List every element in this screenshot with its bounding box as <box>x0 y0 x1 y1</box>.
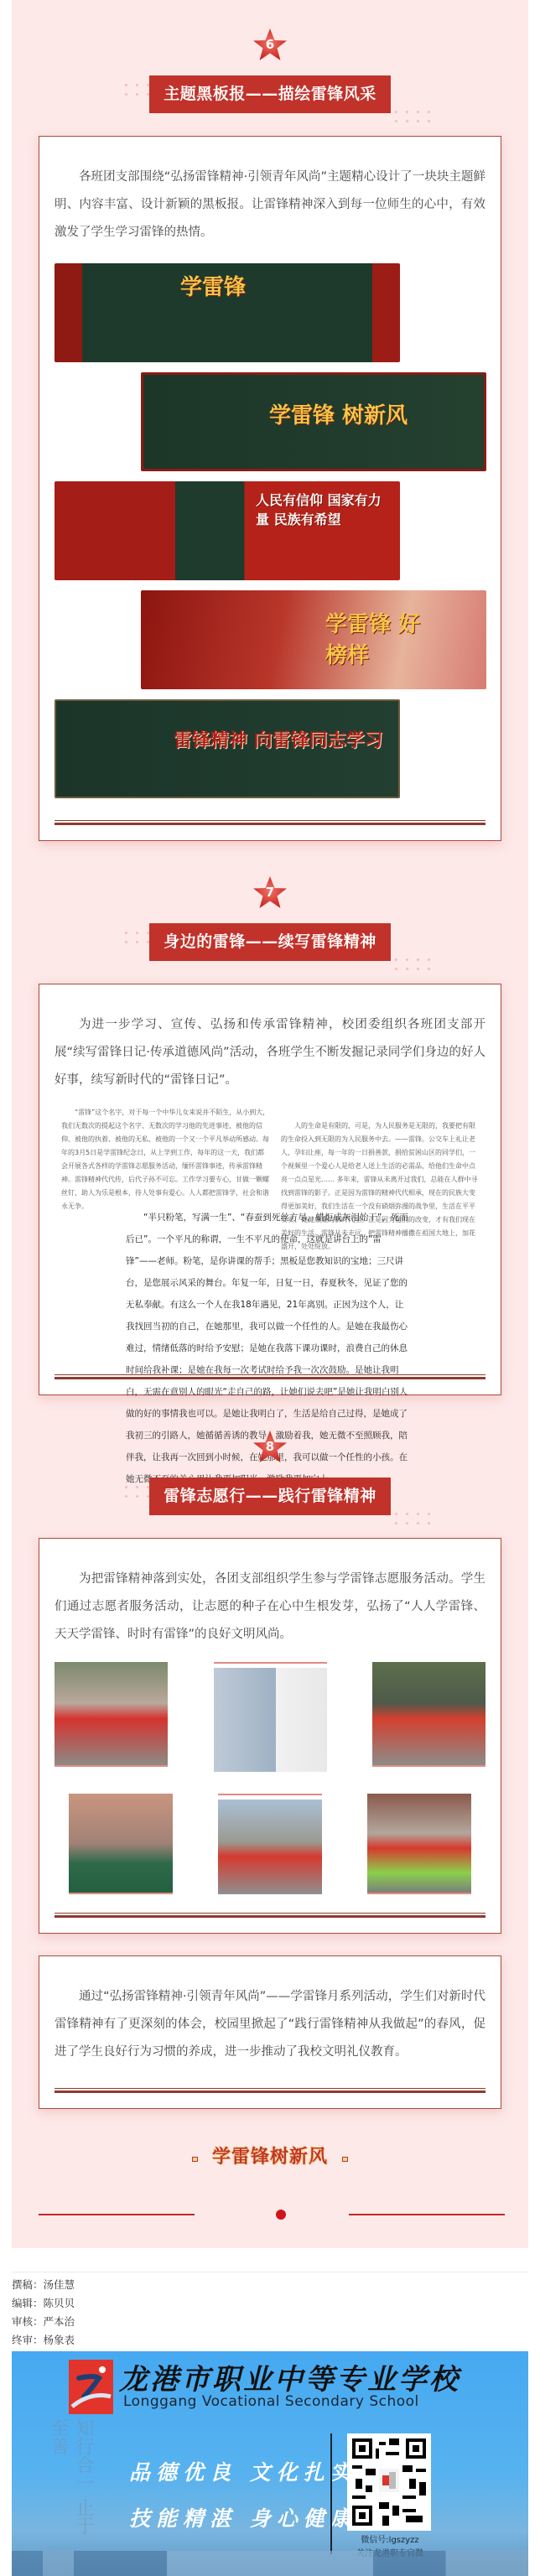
credit-label: 编辑： <box>12 2297 44 2309</box>
blackboard-image: 学雷锋 树新风 <box>141 372 486 471</box>
image-caption: 学雷锋 <box>180 270 246 301</box>
divider-line <box>349 2214 505 2215</box>
section-paragraph: 为把雷锋精神落到实处，各团支部组织学生参与学雷锋志愿服务活动。学生们通过志愿者服… <box>55 1566 485 1649</box>
blackboard-image: 人民有信仰 国家有力量 民族有希望 <box>55 481 400 580</box>
credit-label: 撰稿： <box>12 2278 44 2291</box>
double-rule-divider <box>55 820 485 825</box>
divider-line <box>39 2214 195 2215</box>
volunteer-photo <box>367 1794 471 1894</box>
square-bullet-icon <box>192 2157 198 2162</box>
blackboard-image: 学雷锋 <box>55 263 400 362</box>
section-title: 主题黑板报——描绘雷锋风采 <box>149 75 391 113</box>
image-caption: 雷锋精神 向雷锋同志学习 <box>174 726 383 752</box>
slogan-text: 学雷锋树新风 <box>212 2142 328 2168</box>
section-6-card: 各班团支部围绕“弘扬雷锋精神·引领青年风尚”主题精心设计了一块块主题鲜明、内容丰… <box>39 136 501 841</box>
credit-name: 汤佳慧 <box>44 2278 75 2291</box>
credit-line: 终审：杨象表 <box>12 2331 528 2350</box>
diary-image: “雷锋”这个名字，对于每一个中华儿女来说并不陌生，从小到大，我们无数次的提起这个… <box>55 1106 485 1358</box>
credit-name: 陈贝贝 <box>44 2297 75 2309</box>
section-number: 8 <box>252 1439 288 1454</box>
section-title: 雷锋志愿行——践行雷锋精神 <box>149 1478 391 1515</box>
content-panel: 6 主题黑板报——描绘雷锋风采 各班团支部围绕“弘扬雷锋精神·引领青年风尚”主题… <box>12 0 528 2248</box>
volunteer-photo <box>372 1662 485 1767</box>
volunteer-photo <box>214 1662 327 1772</box>
credit-name: 严本治 <box>44 2315 75 2328</box>
school-banner: 龙港市职业中等专业学校 Longgang Vocational Secondar… <box>12 2351 528 2576</box>
image-caption: 学雷锋 树新风 <box>269 398 408 429</box>
double-rule-divider <box>55 2088 485 2093</box>
section-paragraph: 为进一步学习、宣传、弘扬和传承雷锋精神，校团委组织各班团支部开展“续写雷锋日记·… <box>55 1011 485 1094</box>
section-7-card: 为进一步学习、宣传、弘扬和传承雷锋精神，校团委组织各班团支部开展“续写雷锋日记·… <box>39 984 501 1395</box>
divider-dot <box>276 2210 286 2220</box>
section-number: 6 <box>252 37 288 52</box>
credit-line: 编辑：陈贝贝 <box>12 2294 528 2313</box>
blackboard-image: 学雷锋 好榜样 <box>141 590 486 689</box>
credit-line: 审核：严本治 <box>12 2313 528 2331</box>
star-icon: 6 <box>252 27 288 64</box>
photo-row <box>55 1662 485 1772</box>
summary-paragraph: 通过“弘扬雷锋精神·引领青年风尚”——学雷锋月系列活动，学生们对新时代雷锋精神有… <box>55 1983 485 2066</box>
closing-slogan: 学雷锋树新风 <box>12 2142 528 2168</box>
wechat-id: 微信号:lgszyzz <box>347 2534 433 2547</box>
credit-line: 撰稿：汤佳慧 <box>12 2276 528 2294</box>
article-page: 6 主题黑板报——描绘雷锋风采 各班团支部围绕“弘扬雷锋精神·引领青年风尚”主题… <box>0 0 540 2576</box>
section-8-card: 为把雷锋精神落到实处，各团支部组织学生参与学雷锋志愿服务活动。学生们通过志愿者服… <box>39 1538 501 1934</box>
star-icon: 7 <box>252 875 288 911</box>
section-7-header: 7 身边的雷锋——续写雷锋精神 <box>12 871 528 963</box>
school-name-en: Longgang Vocational Secondary School <box>123 2393 419 2410</box>
blackboard-image: 雷锋精神 向雷锋同志学习 <box>55 699 400 798</box>
star-icon: 8 <box>252 1429 288 1466</box>
image-caption: 人民有信仰 国家有力量 民族有希望 <box>256 490 382 528</box>
campus-buildings-image <box>12 2551 528 2576</box>
dot-line-divider <box>12 2198 528 2231</box>
volunteer-photo <box>55 1662 168 1767</box>
section-6-header: 6 主题黑板报——描绘雷锋风采 <box>12 23 528 116</box>
school-logo-icon <box>69 2360 113 2414</box>
school-name-cn: 龙港市职业中等专业学校 <box>119 2356 460 2397</box>
image-caption: 学雷锋 好榜样 <box>325 607 434 669</box>
credit-label: 终审： <box>12 2334 44 2346</box>
decorative-dots <box>391 955 434 974</box>
credit-name: 杨象表 <box>44 2334 75 2346</box>
section-8-header: 8 雷锋志愿行——践行雷锋精神 <box>12 1426 528 1518</box>
section-number: 7 <box>252 885 288 900</box>
credits: 撰稿：汤佳慧 编辑：陈贝贝 审核：严本治 终审：杨象表 <box>12 2272 528 2350</box>
double-rule-divider <box>55 1913 485 1918</box>
summary-card: 通过“弘扬雷锋精神·引领青年风尚”——学雷锋月系列活动，学生们对新时代雷锋精神有… <box>39 1955 501 2109</box>
decorative-dots <box>391 1509 434 1528</box>
photo-row <box>55 1794 485 1894</box>
motto-line: 技能精湛 身心健康 <box>129 2502 357 2532</box>
blackboard-gallery: 学雷锋 学雷锋 树新风 人民有信仰 国家有力量 民族有希望 学雷锋 好榜样 雷锋… <box>55 247 485 798</box>
motto-line: 品德优良 文化扎实 <box>129 2456 357 2486</box>
credit-label: 审核： <box>12 2315 44 2328</box>
wechat-qr-code[interactable] <box>347 2433 431 2531</box>
section-paragraph: 各班团支部围绕“弘扬雷锋精神·引领青年风尚”主题精心设计了一块块主题鲜明、内容丰… <box>55 164 485 247</box>
side-motto: 知行合一 止于至善 <box>45 2418 96 2544</box>
volunteer-photo <box>69 1794 173 1894</box>
vertical-divider <box>330 2433 332 2554</box>
volunteer-photo <box>218 1794 322 1894</box>
section-title: 身边的雷锋——续写雷锋精神 <box>149 923 391 961</box>
diary-text-left: “雷锋”这个名字，对于每一个中华儿女来说并不陌生，从小到大，我们无数次的提起这个… <box>61 1106 271 1213</box>
square-bullet-icon <box>342 2157 348 2162</box>
decorative-dots <box>391 107 434 126</box>
